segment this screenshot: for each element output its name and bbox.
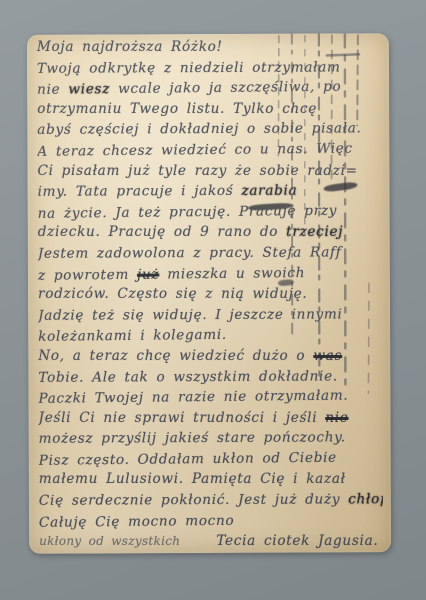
letter-text-segment: Paczki Twojej na razie nie otrzymałam.: [38, 388, 348, 407]
letter-text-segment: Jeśli Ci nie sprawi trudności i jeśli: [39, 410, 326, 426]
letter-text-segment: Twoją odkrytkę z niedzieli otrzymałam: [37, 59, 341, 76]
letter-text-segment: Pisz często. Oddałam ukłon od Ciebie: [39, 450, 337, 469]
letter-line: małemu Lulusiowi. Pamięta Cię i kazał: [39, 469, 383, 490]
letter-text-segment: Jadzię też się widuję. I jeszcze innymi: [38, 306, 343, 323]
letter-line: Paczki Twojej na razie nie otrzymałam.: [38, 385, 382, 409]
letter-text-segment: koleżankami i kolegami.: [38, 327, 227, 345]
letter-text-segment: rodziców. Często się z nią widuję.: [38, 286, 307, 302]
letter-line: Jestem zadowolona z pracy. Stefa Raff: [38, 242, 382, 264]
letter-text-segment: chłopczyk: [348, 491, 383, 507]
letter-text-segment: Ci pisałam już tyle razy że sobie radzi=: [37, 163, 357, 179]
letter-text-segment: Tecia ciotek Jagusia.: [216, 533, 378, 549]
letter-line: Twoją odkrytkę z niedzieli otrzymałam: [37, 57, 381, 79]
letter-line: No, a teraz chcę wiedzieć dużo o was: [38, 346, 382, 367]
letter-text-segment: z powrotem: [38, 266, 137, 283]
letter-line: Pisz często. Oddałam ukłon od Ciebie: [39, 447, 383, 471]
letter-text: Moja najdroższa Różko!Twoją odkrytkę z n…: [37, 36, 383, 551]
letter-text-segment: wcale jako ja szczęśliwa, po: [110, 79, 341, 97]
letter-text-segment: nie: [37, 82, 68, 98]
letter-line: koleżankami i kolegami.: [38, 324, 382, 348]
crossed-out-word: już: [137, 266, 159, 282]
letter-line: możesz przyślij jakieś stare pończochy.: [39, 428, 383, 450]
letter-line: Cię serdecznie pokłonić. Jest już duży c…: [39, 489, 383, 511]
letter-text-segment: możesz przyślij jakieś stare pończochy.: [39, 430, 346, 447]
postcard: Moja najdroższa Różko!Twoją odkrytkę z n…: [27, 33, 391, 554]
letter-text-segment: No, a teraz chcę wiedzieć dużo o: [38, 348, 313, 364]
letter-text-segment: wiesz: [68, 81, 110, 97]
letter-line: Całuję Cię mocno mocno: [39, 509, 383, 533]
letter-line: imy. Tata pracuje i jakoś zarabia: [38, 180, 382, 202]
letter-text-segment: A teraz chcesz wiedzieć co u nas. Więc: [37, 140, 353, 159]
letter-line: na życie. Ja też pracuję. Pracuję przy: [38, 200, 382, 224]
letter-line: nie wiesz wcale jako ja szczęśliwa, po: [37, 76, 381, 100]
letter-text-segment: na życie. Ja też pracuję. Pracuję przy: [38, 202, 338, 221]
letter-text-segment: mieszka u swoich: [159, 265, 305, 283]
letter-line: Jeśli Ci nie sprawi trudności i jeśli ni…: [39, 408, 383, 429]
letter-line: otrzymaniu Twego listu. Tylko chcę: [37, 99, 381, 120]
letter-line: rodziców. Często się z nią widuję.: [38, 284, 382, 305]
crossed-out-word: was: [313, 348, 342, 364]
letter-text-segment: ukłony od wszystkich: [39, 534, 180, 548]
letter-text-segment: zarabia: [241, 183, 297, 199]
letter-text-segment: trzeciej: [286, 224, 343, 240]
letter-line: Tobie. Ale tak o wszystkim dokładnie.: [38, 366, 382, 388]
scanned-postcard-photo: Moja najdroższa Różko!Twoją odkrytkę z n…: [0, 0, 426, 600]
letter-text-segment: abyś częściej i dokładniej o sobie pisał…: [37, 121, 361, 138]
letter-text-segment: Cię serdecznie pokłonić. Jest już duży: [39, 491, 348, 508]
letter-text-segment: imy. Tata pracuje i jakoś: [38, 183, 242, 200]
letter-line: Moja najdroższa Różko!: [37, 37, 381, 58]
letter-line: abyś częściej i dokładniej o sobie pisał…: [37, 119, 381, 141]
letter-text-segment: Tobie. Ale tak o wszystkim dokładnie.: [38, 368, 338, 385]
letter-line: A teraz chcesz wiedzieć co u nas. Więc: [37, 138, 381, 162]
letter-text-segment: otrzymaniu Twego listu. Tylko chcę: [37, 101, 317, 117]
letter-text-segment: dziecku. Pracuję od 9 rano do: [38, 224, 286, 240]
letter-text-segment: Całuję Cię mocno mocno: [39, 512, 235, 530]
letter-line: dziecku. Pracuję od 9 rano do trzeciej: [38, 222, 382, 243]
letter-text-segment: Jestem zadowolona z pracy. Stefa Raff: [38, 244, 342, 261]
letter-line: ukłony od wszystkichTecia ciotek Jagusia…: [39, 531, 383, 552]
letter-text-segment: Moja najdroższa Różko!: [37, 39, 223, 55]
crossed-out-word: nie: [325, 410, 348, 426]
letter-line: Ci pisałam już tyle razy że sobie radzi=: [37, 161, 381, 182]
letter-text-segment: małemu Lulusiowi. Pamięta Cię i kazał: [39, 471, 346, 487]
letter-line: z powrotem już mieszka u swoich: [38, 262, 382, 286]
